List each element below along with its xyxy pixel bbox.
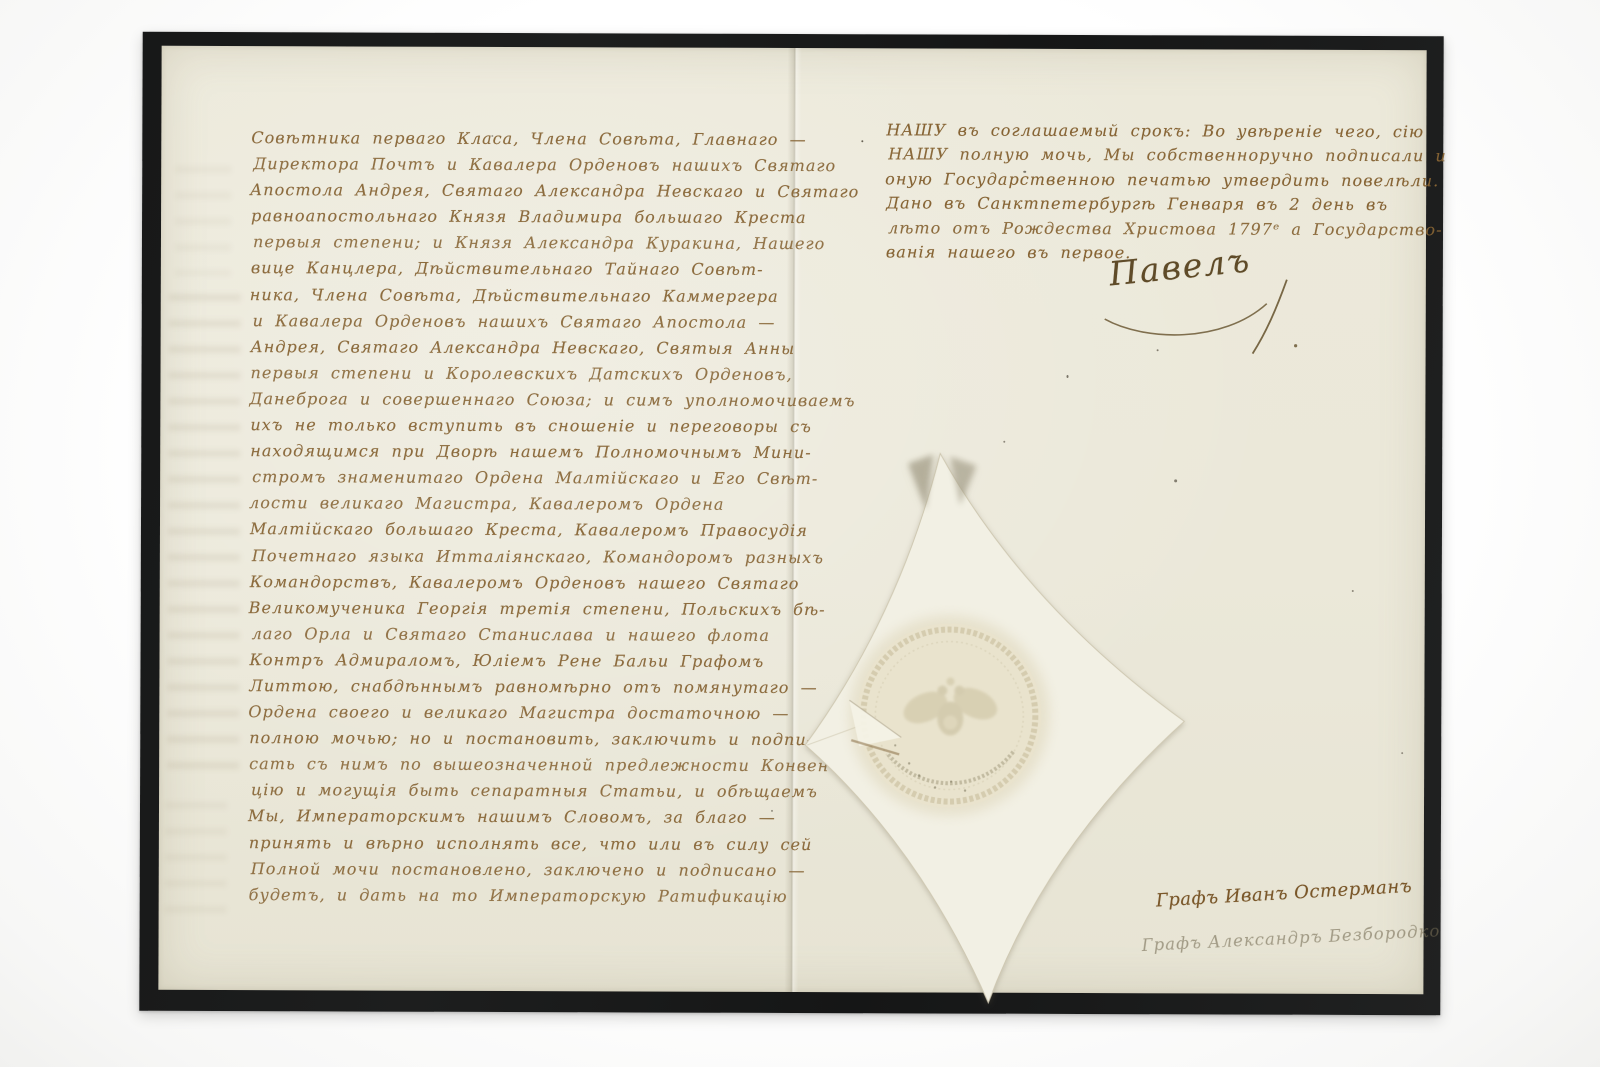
signature-flourish	[1091, 257, 1321, 368]
manuscript-line: Литтою, снабдѣннымъ равномѣрно отъ помян…	[249, 673, 797, 701]
manuscript-line: Совѣтника перваго Класа, Члена Совѣта, Г…	[251, 125, 799, 153]
manuscript-line: цію и могущія быть сепаратныя Статьи, и …	[251, 777, 797, 805]
manuscript-line: ника, Члена Совѣта, Дѣйствительнаго Камм…	[250, 282, 799, 310]
foxing-speck	[771, 810, 773, 812]
manuscript-line: Великомученика Георгія третія степени, П…	[249, 595, 798, 623]
photo-background: Совѣтника перваго Класа, Члена Совѣта, Г…	[0, 0, 1600, 1067]
manuscript-line: первыя степени и Королевскихъ Датскихъ О…	[250, 360, 798, 388]
foxing-speck	[1067, 375, 1069, 378]
manuscript-line: Контръ Адмираломъ, Юліемъ Рене Бальи Гра…	[249, 647, 797, 675]
manuscript-line: НАШУ полную мочь, Мы собственноручно под…	[888, 143, 1442, 169]
manuscript-line: вице Канцлера, Дѣйствительнаго Тайнаго С…	[251, 256, 799, 284]
manuscript-line: будетъ, и дать на то Императорскую Ратиф…	[249, 882, 797, 910]
manuscript-line: ихъ не только вступить въ сношеніе и пер…	[250, 412, 798, 440]
manuscript-line: лаго Орла и Святаго Станислава и нашего …	[252, 621, 798, 649]
manuscript-line: оную Государственною печатью утвердить п…	[885, 167, 1442, 193]
foxing-speck	[1352, 590, 1354, 592]
manuscript-line: стромъ знаменитаго Ордена Малтійскаго и …	[252, 464, 798, 492]
foxing-speck	[1401, 752, 1403, 754]
foxing-speck	[309, 688, 311, 690]
manuscript-line: Апостола Андрея, Святаго Александра Невс…	[250, 177, 799, 205]
manuscript-line: НАШУ въ соглашаемый срокъ: Во увѣреніе ч…	[886, 118, 1442, 144]
manuscript-line: Данеброга и совершеннаго Союза; и симъ у…	[249, 386, 798, 414]
manuscript-line: сать съ нимъ по вышеозначенной предлежно…	[249, 751, 797, 779]
manuscript-line: и Кавалера Орденовъ нашихъ Святаго Апост…	[253, 308, 799, 336]
manuscript-line: Директора Почтъ и Кавалера Орденовъ наши…	[253, 151, 799, 179]
document-paper: Совѣтника перваго Класа, Члена Совѣта, Г…	[158, 46, 1426, 994]
manuscript-line: Андрея, Святаго Александра Невскаго, Свя…	[251, 334, 799, 362]
show-through-ghost-text	[165, 802, 227, 922]
manuscript-line: Малтійскаго большаго Креста, Кавалеромъ …	[250, 517, 798, 545]
show-through-ghost-text	[175, 166, 231, 276]
document-folio: Совѣтника перваго Класа, Члена Совѣта, Г…	[139, 32, 1443, 1016]
foxing-speck	[1003, 441, 1005, 443]
manuscript-line: Дано въ Санктпетербургѣ Генваря въ 2 ден…	[886, 192, 1442, 218]
manuscript-line: Полной мочи постановлено, заключено и по…	[251, 856, 797, 884]
right-page-text: НАШУ въ соглашаемый срокъ: Во увѣреніе ч…	[886, 118, 1443, 266]
foxing-speck	[861, 140, 863, 142]
foxing-speck	[1023, 171, 1026, 173]
manuscript-line: лости великаго Магистра, Кавалеромъ Орде…	[249, 490, 798, 518]
seal-embossing	[849, 615, 1050, 816]
manuscript-line: полною мочью; но и постановить, заключит…	[249, 725, 797, 753]
manuscript-line: первыя степени; и Князя Александра Курак…	[253, 229, 799, 257]
left-page-text: Совѣтника перваго Класа, Члена Совѣта, Г…	[249, 125, 800, 910]
manuscript-line: Почетнаго языка Итталіянскаго, Командоро…	[252, 543, 798, 571]
manuscript-line: Командорствъ, Кавалеромъ Орденовъ нашего…	[250, 569, 798, 597]
foxing-speck	[1237, 136, 1239, 138]
manuscript-line: равноапостольнаго Князя Владимира больша…	[251, 203, 799, 231]
manuscript-line: находящимся при Дворѣ нашемъ Полномочным…	[250, 438, 798, 466]
manuscript-line: принять и вѣрно исполнять все, что или в…	[249, 830, 797, 858]
foxing-speck	[1157, 349, 1159, 351]
manuscript-line: лѣто отъ Рождества Христова 1797ᵉ а Госу…	[888, 216, 1442, 242]
foxing-speck	[491, 135, 493, 137]
show-through-ghost-text	[167, 294, 241, 782]
manuscript-line: Мы, Императорскимъ нашимъ Словомъ, за бл…	[248, 804, 797, 832]
manuscript-line: Ордена своего и великаго Магистра достат…	[248, 699, 797, 727]
papered-state-seal	[798, 445, 1200, 1021]
